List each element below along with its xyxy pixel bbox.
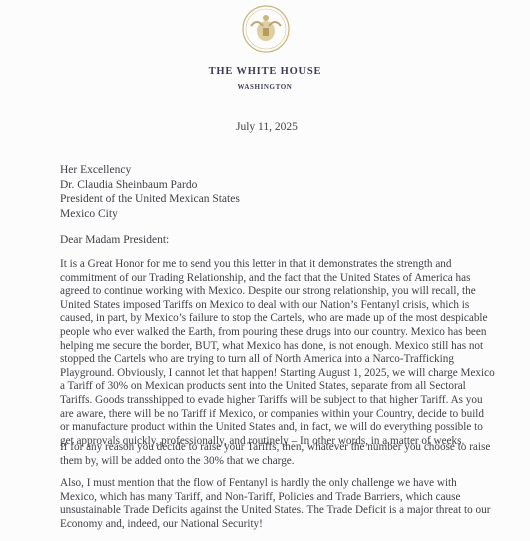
recipient-line: Her Excellency (60, 163, 240, 178)
letter-page: THE WHITE HOUSE WASHINGTON July 11, 2025… (0, 0, 530, 541)
paragraph-line: people who ever walked the Earth, from p… (60, 326, 522, 340)
presidential-seal-icon (241, 4, 291, 54)
paragraph-line: helping me secure the border, BUT, what … (60, 340, 522, 354)
letterhead-title: THE WHITE HOUSE (0, 66, 530, 77)
paragraph-line: Tariffs. Goods transshipped to evade hig… (60, 394, 522, 408)
paragraph-line: caused, in part, by Mexico’s failure to … (60, 312, 522, 326)
body-paragraph: If for any reason you decide to raise yo… (60, 441, 522, 468)
recipient-line: President of the United Mexican States (60, 192, 240, 207)
recipient-line: Mexico City (60, 207, 240, 222)
paragraph-line: It is a Great Honor for me to send you t… (60, 258, 522, 272)
letterhead-subtitle: WASHINGTON (0, 83, 530, 91)
recipient-line: Dr. Claudia Sheinbaum Pardo (60, 178, 240, 193)
letter-date: July 11, 2025 (236, 121, 298, 133)
body-paragraph: It is a Great Honor for me to send you t… (60, 258, 522, 448)
paragraph-line: unsustainable Trade Deficits against the… (60, 504, 522, 518)
paragraph-line: commitment of our Trading Relationship, … (60, 272, 522, 286)
paragraph-line: If for any reason you decide to raise yo… (60, 441, 522, 455)
paragraph-line: are aware, there will be no Tariff if Me… (60, 408, 522, 422)
salutation: Dear Madam President: (60, 234, 169, 246)
recipient-address: Her Excellency Dr. Claudia Sheinbaum Par… (60, 163, 240, 221)
paragraph-line: stopped the Cartels who are trying to tu… (60, 353, 522, 367)
paragraph-line: or manufacture product within the United… (60, 421, 522, 435)
paragraph-line: Also, I must mention that the flow of Fe… (60, 477, 522, 491)
body-paragraph: Also, I must mention that the flow of Fe… (60, 477, 522, 531)
paragraph-line: Mexico, which has many Tariff, and Non-T… (60, 491, 522, 505)
paragraph-line: a Tariff of 30% on Mexican products sent… (60, 380, 522, 394)
paragraph-line: Economy and, indeed, our National Securi… (60, 518, 522, 532)
paragraph-line: United States imposed Tariffs on Mexico … (60, 299, 522, 313)
paragraph-line: them by, will be added onto the 30% that… (60, 455, 522, 469)
paragraph-line: agreed to continue working with Mexico. … (60, 285, 522, 299)
paragraph-line: Playground. Obviously, I cannot let that… (60, 367, 522, 381)
